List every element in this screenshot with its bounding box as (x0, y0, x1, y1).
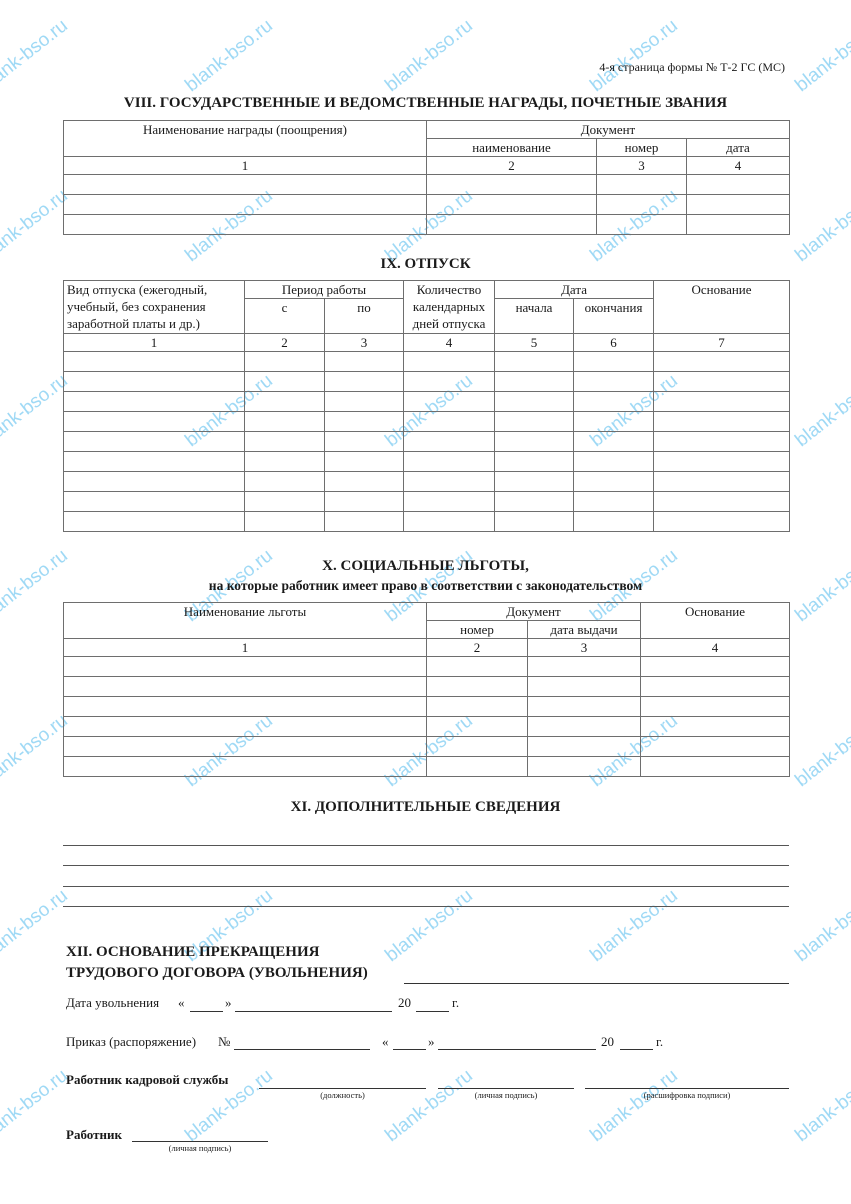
watermark-text: blank-bso.ru (0, 710, 72, 792)
table-cell[interactable] (245, 472, 325, 492)
table-row (64, 472, 790, 492)
table-cell[interactable] (404, 452, 495, 472)
table-cell[interactable] (245, 412, 325, 432)
quote-open: « (178, 995, 185, 1011)
col-number: 3 (597, 157, 687, 175)
table-cell[interactable] (404, 352, 495, 372)
table-cell[interactable] (687, 175, 790, 195)
table-row (64, 492, 790, 512)
table-cell[interactable] (64, 372, 245, 392)
awards-col-award: Наименование награды (поощрения) (64, 121, 427, 157)
order-label: Приказ (распоряжение) (66, 1034, 196, 1050)
dismissal-day-field[interactable] (190, 1011, 223, 1012)
watermark-text: blank-bso.ru (586, 885, 682, 967)
table-cell[interactable] (574, 392, 654, 412)
hr-signature-decode-caption: (расшифровка подписи) (585, 1090, 789, 1100)
vacation-rows (64, 352, 790, 532)
vacation-table: Вид отпуска (ежегодный, учебный, без сох… (63, 280, 790, 532)
col-number: 6 (574, 334, 654, 352)
section12-title-line2: ТРУДОВОГО ДОГОВОРА (УВОЛЬНЕНИЯ) (66, 965, 368, 982)
table-cell[interactable] (574, 512, 654, 532)
order-month-field[interactable] (438, 1049, 596, 1050)
watermark-text: blank-bso.ru (0, 15, 72, 97)
watermark-text: blank-bso.ru (791, 710, 851, 792)
employee-signature-caption: (личная подпись) (132, 1143, 268, 1153)
table-row (64, 697, 790, 717)
table-cell[interactable] (528, 757, 641, 777)
table-row (64, 657, 790, 677)
watermark-text: blank-bso.ru (381, 15, 477, 97)
employee-signature-field[interactable] (132, 1141, 268, 1142)
hr-position-caption: (должность) (259, 1090, 426, 1100)
watermark-text: blank-bso.ru (791, 1065, 851, 1147)
hr-signature-field[interactable] (438, 1088, 574, 1089)
vacation-col-type: Вид отпуска (ежегодный, учебный, без сох… (64, 281, 245, 334)
awards-sub-number: номер (597, 139, 687, 157)
table-cell[interactable] (404, 372, 495, 392)
table-cell[interactable] (574, 452, 654, 472)
table-cell[interactable] (687, 215, 790, 235)
watermark-text: blank-bso.ru (791, 885, 851, 967)
table-cell[interactable] (427, 657, 528, 677)
col-number: 4 (641, 639, 790, 657)
table-cell[interactable] (325, 492, 404, 512)
table-row (64, 677, 790, 697)
table-cell[interactable] (427, 757, 528, 777)
table-cell[interactable] (64, 195, 427, 215)
table-cell[interactable] (495, 472, 574, 492)
benefits-table: Наименование льготы Документ Основание н… (63, 602, 790, 777)
vacation-col-days: Количество календарных дней отпуска (404, 281, 495, 334)
section10-title: X. СОЦИАЛЬНЫЕ ЛЬГОТЫ, (0, 558, 851, 575)
number-sign: № (218, 1034, 230, 1050)
table-cell[interactable] (495, 492, 574, 512)
watermark-text: blank-bso.ru (0, 370, 72, 452)
additional-info-line[interactable] (63, 865, 789, 866)
table-row (64, 175, 790, 195)
table-cell[interactable] (641, 677, 790, 697)
table-cell[interactable] (64, 697, 427, 717)
table-cell[interactable] (654, 452, 790, 472)
table-cell[interactable] (325, 352, 404, 372)
quote-close: » (225, 995, 232, 1011)
table-cell[interactable] (597, 175, 687, 195)
dismissal-date-label: Дата увольнения (66, 995, 159, 1011)
table-cell[interactable] (641, 737, 790, 757)
table-cell[interactable] (427, 737, 528, 757)
quote-open: « (382, 1034, 389, 1050)
table-cell[interactable] (404, 492, 495, 512)
table-row (64, 452, 790, 472)
page-header: 4-я страница формы № Т-2 ГС (МС) (599, 60, 785, 75)
benefits-rows (64, 657, 790, 777)
table-cell[interactable] (427, 195, 597, 215)
table-cell[interactable] (654, 352, 790, 372)
watermark-text: blank-bso.ru (791, 15, 851, 97)
table-cell[interactable] (654, 412, 790, 432)
table-cell[interactable] (64, 757, 427, 777)
table-cell[interactable] (427, 697, 528, 717)
table-cell[interactable] (654, 392, 790, 412)
col-number: 2 (245, 334, 325, 352)
dismissal-reason-field[interactable] (404, 983, 789, 984)
col-number: 5 (495, 334, 574, 352)
section12-title-line1: XII. ОСНОВАНИЕ ПРЕКРАЩЕНИЯ (66, 944, 319, 961)
watermark-text: blank-bso.ru (791, 370, 851, 452)
watermark-text: blank-bso.ru (0, 185, 72, 267)
benefits-col-document: Документ (427, 603, 641, 621)
table-cell[interactable] (574, 372, 654, 392)
table-cell[interactable] (495, 432, 574, 452)
table-cell[interactable] (495, 452, 574, 472)
table-row (64, 215, 790, 235)
order-number-field[interactable] (234, 1049, 370, 1050)
table-cell[interactable] (597, 215, 687, 235)
table-row (64, 392, 790, 412)
table-cell[interactable] (245, 492, 325, 512)
table-cell[interactable] (404, 412, 495, 432)
table-cell[interactable] (574, 412, 654, 432)
table-cell[interactable] (641, 757, 790, 777)
table-cell[interactable] (404, 472, 495, 492)
watermark-text: blank-bso.ru (381, 1065, 477, 1147)
awards-col-document: Документ (427, 121, 790, 139)
dismissal-month-field[interactable] (235, 1011, 392, 1012)
awards-rows (64, 175, 790, 235)
hr-position-field[interactable] (259, 1088, 426, 1089)
col-number: 1 (64, 157, 427, 175)
table-cell[interactable] (574, 472, 654, 492)
dismissal-year-field[interactable] (416, 1011, 449, 1012)
table-cell[interactable] (245, 512, 325, 532)
table-cell[interactable] (64, 352, 245, 372)
table-cell[interactable] (574, 432, 654, 452)
year-suffix: г. (656, 1034, 663, 1050)
order-year-field[interactable] (620, 1049, 653, 1050)
table-cell[interactable] (495, 412, 574, 432)
table-cell[interactable] (325, 452, 404, 472)
watermark-text: blank-bso.ru (381, 885, 477, 967)
col-number: 7 (654, 334, 790, 352)
additional-info-line[interactable] (63, 906, 789, 907)
table-row (64, 352, 790, 372)
table-row (64, 757, 790, 777)
table-cell[interactable] (495, 352, 574, 372)
table-cell[interactable] (654, 372, 790, 392)
table-cell[interactable] (64, 175, 427, 195)
table-cell[interactable] (245, 352, 325, 372)
additional-info-line[interactable] (63, 845, 789, 846)
table-cell[interactable] (654, 512, 790, 532)
employee-label: Работник (66, 1127, 122, 1143)
watermark-text: blank-bso.ru (0, 885, 72, 967)
table-cell[interactable] (528, 717, 641, 737)
table-cell[interactable] (641, 697, 790, 717)
table-cell[interactable] (654, 432, 790, 452)
section11-title: XI. ДОПОЛНИТЕЛЬНЫЕ СВЕДЕНИЯ (0, 799, 851, 816)
table-cell[interactable] (64, 717, 427, 737)
table-row (64, 195, 790, 215)
watermark-text: blank-bso.ru (181, 15, 277, 97)
table-cell[interactable] (427, 175, 597, 195)
table-cell[interactable] (528, 657, 641, 677)
table-cell[interactable] (404, 512, 495, 532)
table-cell[interactable] (64, 412, 245, 432)
watermark-text: blank-bso.ru (586, 15, 682, 97)
order-day-field[interactable] (393, 1049, 426, 1050)
table-cell[interactable] (64, 657, 427, 677)
section10-subtitle: на которые работник имеет право в соотве… (0, 578, 851, 594)
benefits-col-basis: Основание (641, 603, 790, 639)
vacation-sub-end: окончания (574, 299, 654, 334)
table-cell[interactable] (427, 677, 528, 697)
table-cell[interactable] (528, 697, 641, 717)
table-cell[interactable] (404, 432, 495, 452)
vacation-sub-from: с (245, 299, 325, 334)
additional-info-line[interactable] (63, 886, 789, 887)
awards-table: Наименование награды (поощрения) Докумен… (63, 120, 790, 235)
benefits-sub-number: номер (427, 621, 528, 639)
table-cell[interactable] (495, 392, 574, 412)
table-row (64, 737, 790, 757)
table-cell[interactable] (325, 512, 404, 532)
table-cell[interactable] (325, 472, 404, 492)
col-number: 2 (427, 157, 597, 175)
col-number: 3 (528, 639, 641, 657)
table-cell[interactable] (687, 195, 790, 215)
table-cell[interactable] (64, 472, 245, 492)
hr-signature-decode-field[interactable] (585, 1088, 789, 1089)
awards-sub-name: наименование (427, 139, 597, 157)
section9-title: IX. ОТПУСК (0, 256, 851, 273)
table-cell[interactable] (64, 737, 427, 757)
quote-close: » (428, 1034, 435, 1050)
table-row (64, 432, 790, 452)
vacation-sub-to: по (325, 299, 404, 334)
table-cell[interactable] (641, 657, 790, 677)
col-number: 1 (64, 334, 245, 352)
table-cell[interactable] (574, 492, 654, 512)
table-row (64, 412, 790, 432)
table-cell[interactable] (64, 492, 245, 512)
table-row (64, 717, 790, 737)
table-cell[interactable] (245, 392, 325, 412)
table-row (64, 512, 790, 532)
watermark-text: blank-bso.ru (586, 1065, 682, 1147)
table-cell[interactable] (245, 432, 325, 452)
table-cell[interactable] (64, 215, 427, 235)
col-number: 4 (404, 334, 495, 352)
table-cell[interactable] (64, 512, 245, 532)
col-number: 4 (687, 157, 790, 175)
vacation-col-date: Дата (495, 281, 654, 299)
table-cell[interactable] (528, 677, 641, 697)
hr-signature-caption: (личная подпись) (438, 1090, 574, 1100)
section8-title: VIII. ГОСУДАРСТВЕННЫЕ И ВЕДОМСТВЕННЫЕ НА… (0, 95, 851, 112)
table-cell[interactable] (325, 392, 404, 412)
table-cell[interactable] (495, 372, 574, 392)
table-row (64, 372, 790, 392)
benefits-col-benefit: Наименование льготы (64, 603, 427, 639)
table-cell[interactable] (325, 412, 404, 432)
table-cell[interactable] (245, 372, 325, 392)
table-cell[interactable] (404, 392, 495, 412)
col-number: 1 (64, 639, 427, 657)
table-cell[interactable] (654, 472, 790, 492)
table-cell[interactable] (325, 372, 404, 392)
table-cell[interactable] (64, 677, 427, 697)
table-cell[interactable] (245, 452, 325, 472)
vacation-sub-start: начала (495, 299, 574, 334)
table-cell[interactable] (654, 492, 790, 512)
year-prefix: 20 (398, 995, 411, 1011)
watermark-text: blank-bso.ru (791, 185, 851, 267)
table-cell[interactable] (64, 432, 245, 452)
col-number: 2 (427, 639, 528, 657)
vacation-col-basis: Основание (654, 281, 790, 334)
table-cell[interactable] (574, 352, 654, 372)
year-prefix: 20 (601, 1034, 614, 1050)
awards-sub-date: дата (687, 139, 790, 157)
table-cell[interactable] (325, 432, 404, 452)
table-cell[interactable] (641, 717, 790, 737)
benefits-sub-issue-date: дата выдачи (528, 621, 641, 639)
hr-worker-label: Работник кадровой службы (66, 1072, 228, 1088)
table-cell[interactable] (427, 215, 597, 235)
table-cell[interactable] (597, 195, 687, 215)
table-cell[interactable] (64, 392, 245, 412)
year-suffix: г. (452, 995, 459, 1011)
col-number: 3 (325, 334, 404, 352)
table-cell[interactable] (528, 737, 641, 757)
vacation-col-period: Период работы (245, 281, 404, 299)
table-cell[interactable] (64, 452, 245, 472)
watermark-text: blank-bso.ru (0, 1065, 72, 1147)
table-cell[interactable] (427, 717, 528, 737)
table-cell[interactable] (495, 512, 574, 532)
